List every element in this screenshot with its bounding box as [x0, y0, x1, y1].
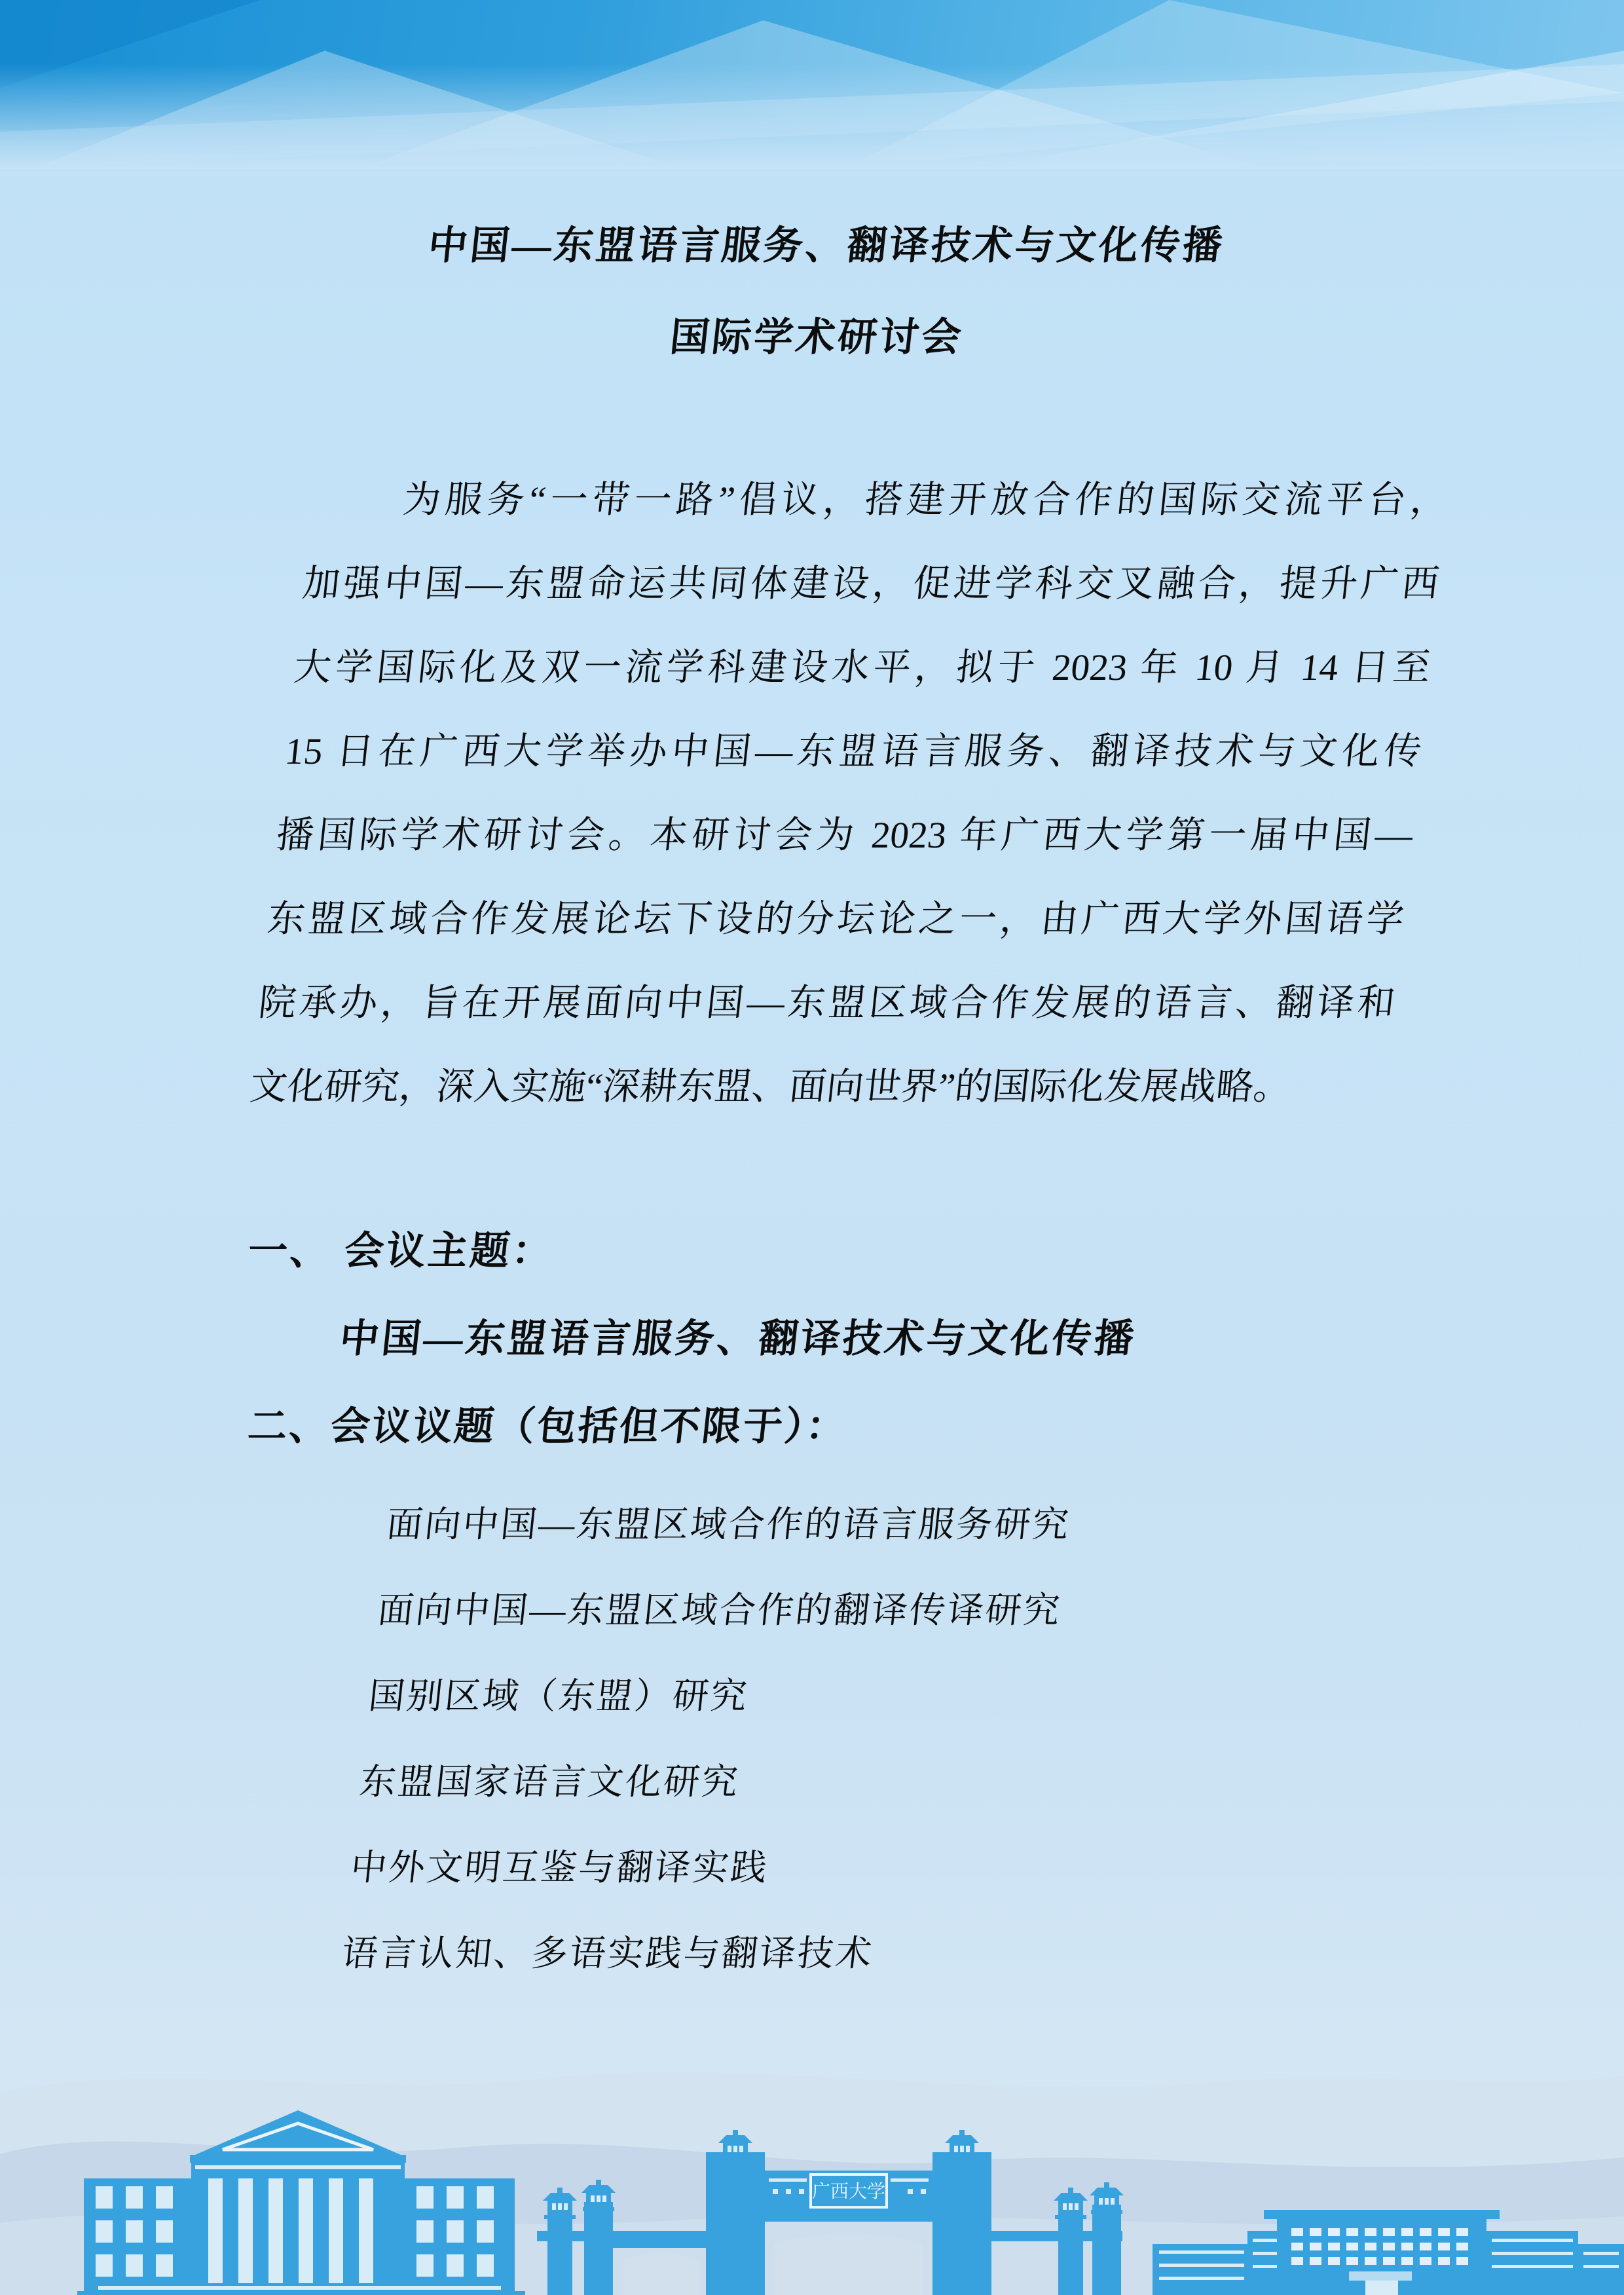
agenda-item: 国别区域（东盟）研究 — [364, 1653, 1509, 1739]
intro-paragraph: 为服务“一带一路”倡议，搭建开放合作的国际交流平台， 加强中国—东盟命运共同体建… — [246, 458, 1452, 1129]
paragraph-line: 加强中国—东盟命运共同体建设，促进学科交叉融合，提升广西 — [299, 542, 1443, 626]
section-2-heading: 二、会议议题（包括但不限于）： — [246, 1395, 1388, 1451]
paragraph-line: 文化研究，深入实施“深耕东盟、面向世界”的国际化发展战略。 — [246, 1045, 1390, 1129]
paragraph-line: 大学国际化及双一流学科建设水平，拟于 2023 年 10 月 14 日至 — [289, 626, 1434, 710]
paragraph-line: 东盟区域合作发展论坛下设的分坛论之一，由广西大学外国语学 — [263, 878, 1408, 961]
section-1-heading: 一、 会议主题： — [246, 1220, 1388, 1276]
footer-illustration: 广西大学 — [0, 2013, 1624, 2295]
agenda-item: 面向中国—东盟区域合作的翻译传译研究 — [373, 1567, 1519, 1653]
paragraph-line: 15 日在广西大学举办中国—东盟语言服务、翻译技术与文化传 — [281, 710, 1426, 794]
title-line-1: 中国—东盟语言服务、翻译技术与文化传播 — [10, 200, 1624, 291]
gate-sign-text: 广西大学 — [812, 2181, 885, 2202]
page: { "theme":{ "page_bg":"#c6e3f7", "banner… — [0, 0, 1624, 2295]
gate-sign: 广西大学 — [811, 2174, 887, 2207]
section-1-topic: 中国—东盟语言服务、翻译技术与文化传播 — [246, 1307, 1479, 1364]
agenda-item: 东盟国家语言文化研究 — [356, 1739, 1501, 1825]
document-title: 中国—东盟语言服务、翻译技术与文化传播 国际学术研讨会 — [0, 200, 1624, 383]
paragraph-line: 院承办，旨在开展面向中国—东盟区域合作发展的语言、翻译和 — [254, 961, 1399, 1045]
top-banner — [0, 0, 1624, 169]
agenda-item: 语言认知、多语实践与翻译技术 — [337, 1911, 1483, 1996]
title-line-2: 国际学术研讨会 — [0, 291, 1624, 383]
agenda-item: 中外文明互鉴与翻译实践 — [346, 1825, 1492, 1911]
agenda-item: 面向中国—东盟区域合作的语言服务研究 — [382, 1482, 1528, 1567]
paragraph-line: 播国际学术研讨会。本研讨会为 2023 年广西大学第一届中国— — [272, 794, 1416, 878]
paragraph-line: 为服务“一带一路”倡议，搭建开放合作的国际交流平台， — [307, 458, 1452, 542]
banner-fade — [0, 0, 1624, 169]
agenda-list: 面向中国—东盟区域合作的语言服务研究 面向中国—东盟区域合作的翻译传译研究 国别… — [246, 1482, 1528, 1996]
